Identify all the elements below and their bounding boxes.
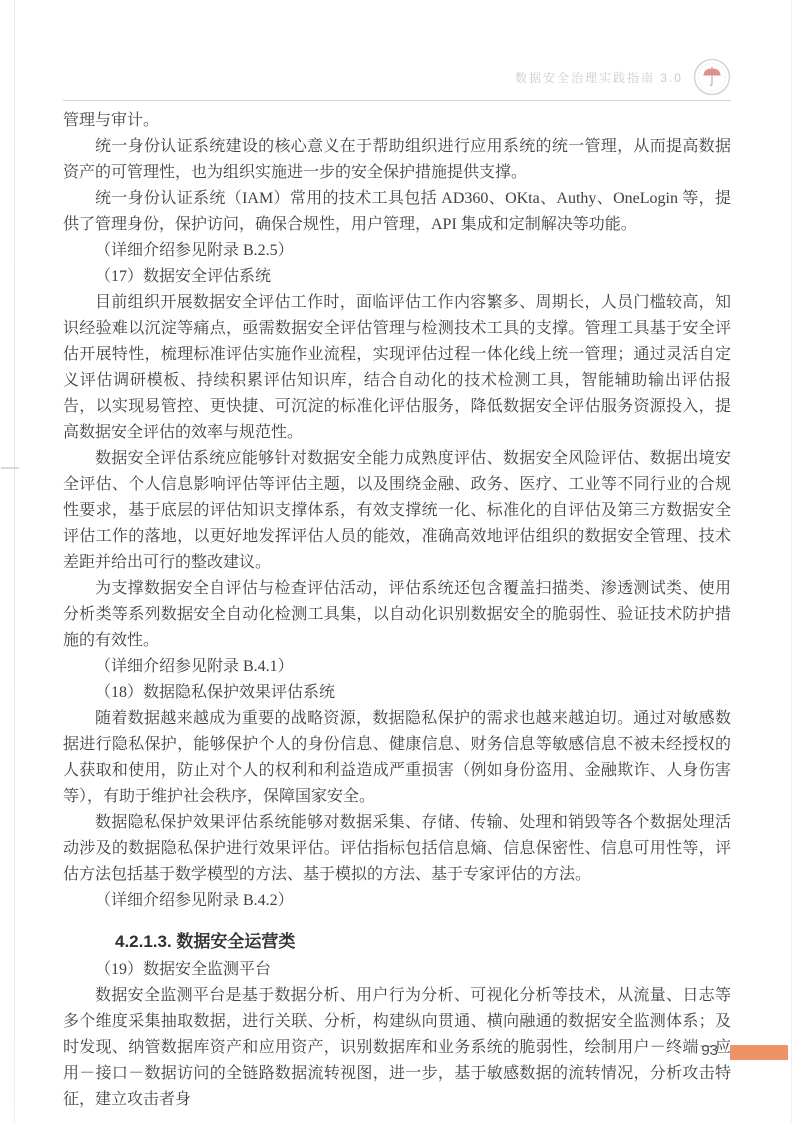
- scan-artifact-dash: [1, 467, 19, 469]
- paragraph: 管理与审计。: [63, 108, 731, 134]
- paragraph: 为支撑数据安全自评估与检查评估活动，评估系统还包含覆盖扫描类、渗透测试类、使用分…: [63, 576, 731, 654]
- page-header: 数据安全治理实践指南 3.0: [63, 55, 731, 99]
- section-heading: 4.2.1.3. 数据安全运营类: [63, 927, 731, 957]
- item-heading-17: （17）数据安全评估系统: [63, 264, 731, 290]
- item-heading-18: （18）数据隐私保护效果评估系统: [63, 680, 731, 706]
- paragraph: 随着数据越来越成为重要的战略资源，数据隐私保护的需求也越来越迫切。通过对敏感数据…: [63, 706, 731, 810]
- appendix-reference: （详细介绍参见附录 B.2.5）: [63, 238, 731, 264]
- paragraph: 数据安全评估系统应能够针对数据安全能力成熟度评估、数据安全风险评估、数据出境安全…: [63, 446, 731, 576]
- item-heading-19: （19）数据安全监测平台: [63, 957, 731, 983]
- footer-accent-bar: [730, 1045, 788, 1060]
- header-divider: [63, 100, 731, 101]
- appendix-reference: （详细介绍参见附录 B.4.2）: [63, 888, 731, 914]
- paragraph: 数据隐私保护效果评估系统能够对数据采集、存储、传输、处理和销毁等各个数据处理活动…: [63, 810, 731, 888]
- page-number: 93: [678, 1042, 718, 1059]
- document-body: 管理与审计。 统一身份认证系统建设的核心意义在于帮助组织进行应用系统的统一管理，…: [63, 108, 731, 1113]
- header-doc-title: 数据安全治理实践指南 3.0: [515, 69, 683, 86]
- paragraph: 目前组织开展数据安全评估工作时，面临评估工作内容繁多、周期长，人员门槛较高，知识…: [63, 290, 731, 446]
- paragraph: 统一身份认证系统建设的核心意义在于帮助组织进行应用系统的统一管理，从而提高数据资…: [63, 134, 731, 186]
- document-page: { "header": { "doc_title": "数据安全治理实践指南 3…: [0, 0, 794, 1123]
- paragraph: 数据安全监测平台是基于数据分析、用户行为分析、可视化分析等技术，从流量、日志等多…: [63, 983, 731, 1113]
- scan-artifact-right-line: [791, 0, 792, 1123]
- scan-artifact-left-line: [14, 0, 15, 1123]
- paragraph: 统一身份认证系统（IAM）常用的技术工具包括 AD360、OKta、Authy、…: [63, 186, 731, 238]
- umbrella-seal-logo-icon: [693, 58, 731, 96]
- appendix-reference: （详细介绍参见附录 B.4.1）: [63, 654, 731, 680]
